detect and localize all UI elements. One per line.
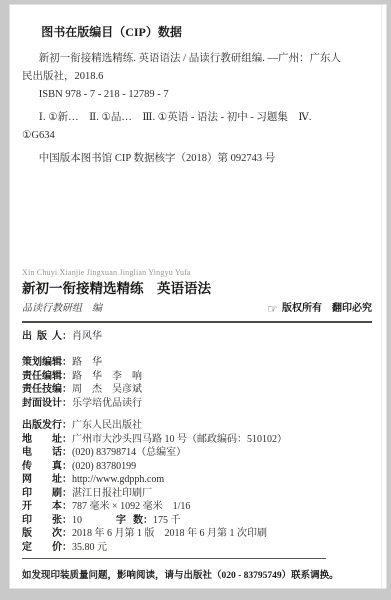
field-label: 版次 — [22, 527, 62, 541]
field-label: 开本 — [22, 500, 62, 514]
book-copyright-page: 图书在版编目（CIP）数据 新初一衔接精选精练. 英语语法 / 品读行教研组编.… — [9, 4, 387, 589]
colon: ： — [62, 420, 72, 431]
editor-row: 品读行教研组 编 ☞ 版权所有 翻印必究 — [22, 302, 372, 316]
website-url: http://www.gdpph.com — [72, 474, 164, 485]
colon: ： — [143, 515, 153, 526]
field-value: 周 杰 吴彦斌 — [72, 384, 142, 395]
field-value: 乐学培优品读行 — [72, 398, 142, 409]
field-label: 网址 — [22, 473, 62, 487]
title-pinyin: Xin Chuyi Xianjie Jingxuan Jinglian Ying… — [22, 268, 372, 278]
publication-row: 网址：http://www.gdpph.com — [22, 473, 372, 487]
price-value: 35.80 元 — [72, 542, 107, 553]
cip-heading: 图书在版编目（CIP）数据 — [22, 23, 372, 41]
field-value: 175 千 — [153, 515, 181, 526]
publication-row: 开本：787 毫米 × 1092 毫米 1/16 — [22, 500, 372, 514]
footer-section: 如发现印装质量问题，影响阅读，请与出版社（020 - 83795749）联系调换… — [22, 569, 372, 590]
field-value: 787 毫米 × 1092 毫米 1/16 — [72, 501, 190, 512]
colon: ： — [62, 501, 72, 512]
field-label: 定价 — [22, 541, 62, 555]
colon: ： — [62, 528, 72, 539]
publication-row: 出版发行：广东人民出版社 — [22, 419, 372, 433]
staff-section: 策划编辑：路 华 责任编辑：路 华 李 响 责任技编：周 杰 吴彦斌 封面设计：… — [22, 356, 372, 410]
field-value: 广东人民出版社 — [72, 420, 142, 431]
publisher-person-row: 出版人：肖风华 — [22, 330, 372, 344]
cip-section: 图书在版编目（CIP）数据 新初一衔接精选精练. 英语语法 / 品读行教研组编.… — [22, 23, 372, 168]
publication-row: 地址：广州市大沙头四马路 10 号（邮政编码：510102） — [22, 433, 372, 447]
staff-row: 责任编辑：路 华 李 响 — [22, 370, 372, 384]
colon: ： — [62, 461, 72, 472]
pointing-hand-icon: ☞ — [267, 304, 278, 314]
staff-row: 封面设计：乐学培优品读行 — [22, 397, 372, 411]
field-label: 印刷 — [22, 487, 62, 501]
field-label: 传真 — [22, 460, 62, 474]
publication-section: 出版发行：广东人民出版社 地址：广州市大沙头四马路 10 号（邮政编码：5101… — [22, 419, 372, 554]
colon: ： — [62, 434, 72, 445]
field-value: 肖风华 — [72, 331, 102, 342]
cip-classification-line2: ①G634 — [22, 127, 372, 145]
book-title: 新初一衔接精选精练 英语语法 — [22, 280, 372, 297]
quality-notice: 如发现印装质量问题，影响阅读，请与出版社（020 - 83795749）联系调换… — [22, 569, 372, 583]
colon: ： — [62, 542, 72, 553]
field-label: 地址 — [22, 433, 62, 447]
field-value: (020) 83780199 — [72, 461, 136, 472]
colon: ： — [62, 447, 72, 458]
title-block: Xin Chuyi Xianjie Jingxuan Jinglian Ying… — [22, 268, 372, 323]
field-value: 路 华 李 响 — [72, 371, 142, 382]
staff-row: 策划编辑：路 华 — [22, 356, 372, 370]
colon: ： — [62, 515, 72, 526]
cip-description-line1: 新初一衔接精选精练. 英语语法 / 品读行教研组编. —广州：广东人 — [22, 50, 372, 68]
cip-classification-line1: Ⅰ. ①新… Ⅱ. ①品… Ⅲ. ①英语 - 语法 - 初中 - 习题集 Ⅳ. — [22, 109, 372, 127]
editor-credit: 品读行教研组 编 — [22, 302, 102, 316]
field-value: 湛江日报社印刷厂 — [72, 488, 152, 499]
publication-row: 印刷：湛江日报社印刷厂 — [22, 487, 372, 501]
colon: ： — [62, 398, 72, 409]
colon: ： — [62, 371, 72, 382]
field-value: 路 华 — [72, 357, 102, 368]
isbn-line: ISBN 978 - 7 - 218 - 12789 - 7 — [22, 86, 372, 104]
field-label: 电话 — [22, 446, 62, 460]
publication-row: 定价：35.80 元 — [22, 541, 372, 555]
cip-record-number: 中国版本图书馆 CIP 数据核字（2018）第 092743 号 — [22, 150, 372, 168]
publication-row: 版次：2018 年 6 月第 1 版 2018 年 6 月第 1 次印刷 — [22, 527, 372, 541]
field-value: 2018 年 6 月第 1 版 2018 年 6 月第 1 次印刷 — [72, 528, 267, 539]
publication-row: 电话：(020) 83798714（总编室） — [22, 446, 372, 460]
field-label: 印张 — [22, 514, 62, 528]
publication-row-dual: 印张：10字数：175 千 — [22, 514, 372, 528]
colon: ： — [62, 331, 72, 342]
copyright-notice: ☞ 版权所有 翻印必究 — [267, 302, 372, 316]
field-label: 封面设计 — [22, 397, 62, 411]
copyright-notice-text: 版权所有 翻印必究 — [282, 302, 372, 316]
footer-divider — [22, 558, 326, 559]
field-value: 10 — [72, 515, 82, 526]
colon: ： — [62, 488, 72, 499]
title-divider — [22, 321, 372, 323]
field-label: 出版发行 — [22, 419, 62, 433]
field-value: 广州市大沙头四马路 10 号（邮政编码：510102） — [72, 434, 287, 445]
staff-row: 责任技编：周 杰 吴彦斌 — [22, 383, 372, 397]
field-label: 责任编辑 — [22, 370, 62, 384]
field-label: 出版人 — [22, 330, 62, 344]
field-label: 策划编辑 — [22, 356, 62, 370]
field-label: 字数 — [116, 514, 143, 528]
publication-row: 传真：(020) 83780199 — [22, 460, 372, 474]
field-value: (020) 83798714（总编室） — [72, 447, 186, 458]
cip-description-line2: 民出版社，2018.6 — [22, 68, 372, 86]
field-label: 责任技编 — [22, 383, 62, 397]
colon: ： — [62, 357, 72, 368]
colon: ： — [62, 384, 72, 395]
colon: ： — [62, 474, 72, 485]
